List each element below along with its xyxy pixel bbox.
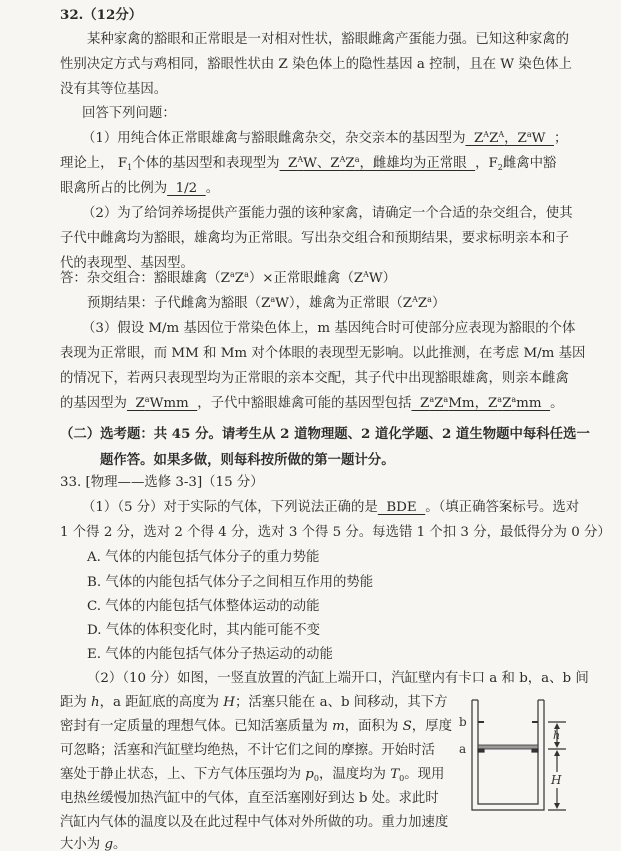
q33-option-e: E. 气体的内能包括气体分子热运动的动能 xyxy=(87,646,333,664)
q32-p1-answer2: ZAW、ZAZa，雌雄均为正常眼 xyxy=(280,156,476,171)
q32-p1-line3-suffix: 。 xyxy=(206,181,219,196)
q32-intro-line3: 没有其等位基因。 xyxy=(60,81,167,99)
section2-line1: （二）选考题：共 45 分。请考生从 2 道物理题、2 道化学题、2 道生物题中… xyxy=(60,425,590,443)
q32-header: 32.（12分） xyxy=(60,6,142,24)
q33-p2-line6: 电热丝缓慢加热汽缸中的气体，直至活塞刚好到达 b 处。求此时 xyxy=(60,790,439,808)
q32-p2-answer-cross: 答：杂交组合：豁眼雄禽（ZaZa）×正常眼雌禽（ZAW） xyxy=(60,270,396,288)
q33-option-d: D. 气体的体积变化时，其内能可能不变 xyxy=(87,622,320,640)
q32-p3-line1: （3）假设 M/m 基因位于常染色体上，m 基因纯合时可使部分应表现为豁眼的个体 xyxy=(82,320,575,338)
q32-p3-line4-mid: ，子代中豁眼雄禽可能的基因型包括 xyxy=(197,396,411,411)
q33-option-b: B. 气体的内能包括气体分子之间相互作用的势能 xyxy=(87,574,373,592)
q32-p3-line4-suffix: 。 xyxy=(550,396,563,411)
q33-p2-line2: 距为 h，a 距缸底的高度为 H；活塞只能在 a、b 间移动，其下方 xyxy=(60,694,448,712)
label-h: h xyxy=(553,729,560,742)
q33-p1-line1: （1）（5 分）对于实际的气体，下列说法正确的是 BDE 。（填正确答案标号。选… xyxy=(82,499,579,517)
q33-p2-line5: 塞处于静止状态，上、下方气体压强均为 p0，温度均为 T0。现用 xyxy=(60,766,444,784)
label-a: a xyxy=(459,742,466,756)
q32-p3-line2: 表现为正常眼，而 MM 和 Mm 对个体眼的表现型无影响。以此推测，在考虑 M/… xyxy=(60,345,585,363)
q32-intro-line1: 某种家禽的豁眼和正常眼是一对相对性状，豁眼雌禽产蛋能力强。已知这种家禽的 xyxy=(87,31,569,49)
q33-header: 33. [物理——选修 3-3]（15 分） xyxy=(60,474,264,492)
q33-p2-line3: 密封有一定质量的理想气体。已知活塞质量为 m，面积为 S，厚度 xyxy=(60,718,452,736)
q32-p2-line1: （2）为了给饲养场提供产蛋能力强的该种家禽，请确定一个合适的杂交组合，使其 xyxy=(82,205,573,223)
q32-p3-answer1: ZaWmm xyxy=(127,396,197,411)
cylinder-diagram: b a h H xyxy=(452,694,602,834)
q33-p2-line4: 可忽略；活塞和汽缸壁均绝热，不计它们之间的摩擦。开始时活 xyxy=(60,742,435,760)
q32-p1-answer3: 1/2 xyxy=(167,181,206,196)
q33-p1-line1-prefix: （1）（5 分）对于实际的气体，下列说法正确的是 xyxy=(82,500,378,515)
q33-p2-line1: （2）（10 分）如图，一竖直放置的汽缸上端开口，汽缸壁内有卡口 a 和 b，a… xyxy=(87,670,589,688)
q33-p1-line2: 1 个得 2 分，选对 2 个得 4 分，选对 3 个得 5 分。每选错 1 个… xyxy=(60,524,611,542)
q32-p3-line4-prefix: 的基因型为 xyxy=(60,396,127,411)
q33-p2-line8: 大小为 g。 xyxy=(60,836,126,851)
q33-option-a: A. 气体的内能包括气体分子的重力势能 xyxy=(87,549,319,567)
q33-option-c: C. 气体的内能包括气体整体运动的动能 xyxy=(87,598,320,616)
label-H: H xyxy=(550,773,562,787)
q32-intro-line2: 性别决定方式与鸡相同，豁眼性状由 Z 染色体上的隐性基因 a 控制，且在 W 染… xyxy=(60,56,572,74)
cylinder-figure: b a h H xyxy=(452,694,602,834)
q33-p1-line1-suffix: 。（填正确答案标号。选对 xyxy=(425,500,579,515)
q33-p1-answer: BDE xyxy=(378,500,425,515)
q33-p2-line7: 汽缸内气体的温度以及在此过程中气体对外所做的功。重力加速度 xyxy=(60,814,448,832)
q32-p1-answer1: ZAZA，ZaW xyxy=(465,131,553,146)
q32-p2-line2: 子代中雌禽均为豁眼，雄禽均为正常眼。写出杂交组合和预期结果，要求标明亲本和子 xyxy=(60,230,569,248)
q32-prompt: 回答下列问题： xyxy=(82,105,176,123)
q32-p1-line1: （1）用纯合体正常眼雄禽与豁眼雌禽杂交，杂交亲本的基因型为 ZAZA，ZaW ； xyxy=(82,130,567,148)
section2-line2: 题作答。如果多做，则每科按所做的第一题计分。 xyxy=(100,451,395,469)
q32-p2-answer-result: 预期结果：子代雌禽为豁眼（ZaW），雄禽为正常眼（ZAZa） xyxy=(87,295,445,313)
q32-p3-line4: 的基因型为 ZaWmm ，子代中豁眼雄禽可能的基因型包括 ZaZaMm，ZaZa… xyxy=(60,395,563,413)
q32-p1-line1-text: （1）用纯合体正常眼雄禽与豁眼雌禽杂交，杂交亲本的基因型为 xyxy=(82,131,465,146)
q32-p1-line2: 理论上， F1个体的基因型和表现型为 ZAW、ZAZa，雌雄均为正常眼 ，F2雌… xyxy=(60,155,556,173)
q32-p1-line3: 眼禽所占的比例为 1/2 。 xyxy=(60,180,219,198)
label-b: b xyxy=(459,715,467,729)
q32-p3-line3: 的情况下，若两只表现型均为正常眼的亲本交配，其子代中出现豁眼雄禽，则亲本雌禽 xyxy=(60,370,569,388)
q32-p1-line3-text: 眼禽所占的比例为 xyxy=(60,181,167,196)
q32-p3-answer2: ZaZaMm，ZaZamm xyxy=(411,396,550,411)
